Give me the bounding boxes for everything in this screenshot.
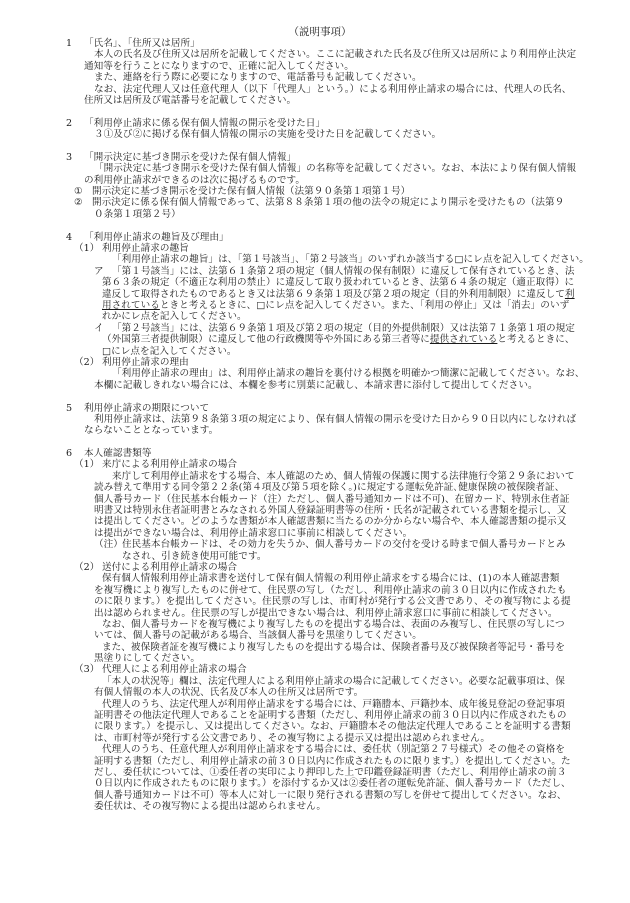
paragraph-line: ３①及び②に掲げる保有個人情報の開示の実施を受けた日を記載してください。 (62, 129, 592, 140)
paragraph-line: を複写機により複写したものに併せて、住民票の写し（ただし、利用停止請求の前３０日… (62, 585, 592, 596)
paragraph-line: のに限ります。）を提出してください。住民票の写しは、市町村が発行する公文書であり… (62, 596, 592, 607)
item-mark: ② (74, 197, 92, 208)
section-heading-text: 「利用停止請求に係る保有個人情報の開示を受けた日」 (84, 118, 325, 129)
subsection-heading: （1）来庁による利用停止請求の場合 (62, 459, 592, 470)
paragraph-line: また、被保険者証を複写機により複写したものを提出する場合は、保険者番号及び被保険… (62, 642, 592, 653)
subsection-mark: （1） (74, 243, 102, 254)
item-text: 「第１号該当」には、法第６１条第２項の規定（個人情報の保有制限）に違反して保有さ… (112, 266, 575, 277)
item-mark: ① (74, 186, 92, 197)
subsection-heading-text: 利用停止請求の理由 (102, 357, 189, 368)
section-heading-text: 本人確認書類等 (84, 448, 152, 459)
subsection-heading-text: 利用停止請求の趣旨 (102, 243, 189, 254)
paragraph-line: なお、個人番号カードを複写機により複写したものを提出する場合は、表面のみ複写し、… (62, 619, 592, 630)
paragraph-line: の利用停止請求ができるのは次に掲げるものです。 (62, 175, 592, 186)
paragraph-line: なお、法定代理人又は任意代理人（以下「代理人」という。）による利用停止請求の場合… (62, 84, 592, 95)
item-continuation: れかにレ点を記入してください。 (62, 311, 592, 322)
section-5: 5利用停止請求の期限について 利用停止請求は、法第９８条第３項の規定により、保有… (62, 403, 592, 437)
section-number: 1 (66, 38, 84, 49)
paragraph-line: 代理人のうち、任意代理人が利用停止請求をする場合には、委任状（別記第２７号様式）… (62, 744, 592, 755)
paragraph-line: 保有個人情報利用停止請求書を送付して保有個人情報の利用停止請求をする場合には、(… (62, 573, 592, 584)
subsection-heading: （1）利用停止請求の趣旨 (62, 243, 592, 254)
section-number: 5 (66, 403, 84, 414)
section-6: 6本人確認書類等 （1）来庁による利用停止請求の場合 来庁して利用停止請求をする… (62, 448, 592, 813)
underlined-text: 用されている (102, 300, 160, 311)
section-heading: 2「利用停止請求に係る保有個人情報の開示を受けた日」 (62, 118, 592, 129)
subsection-mark: （2） (74, 562, 102, 573)
paragraph-line: は提出ができない場合は、利用停止請求窓口に事前に相談してください。 (62, 528, 592, 539)
paragraph-line: 明書又は特別永住者証明書とみなされる外国人登録証明書等の住所・氏名が記載されてい… (62, 505, 592, 516)
note-mark: （注） (94, 539, 122, 550)
paragraph-line: 利用停止請求は、法第９８条第３項の規定により、保有個人情報の開示を受けた日から９… (62, 414, 592, 425)
section-4: 4「利用停止請求の趣旨及び理由」 （1）利用停止請求の趣旨 「利用停止請求の趣旨… (62, 232, 592, 391)
subsection-heading: （2）送付による利用停止請求の場合 (62, 562, 592, 573)
note: （注）住民基本台帳カードは、その効力を失うか、個人番号カードの交付を受ける時まで… (62, 539, 592, 550)
document-body: 1「氏名」、「住所又は居所」 本人の氏名及び住所又は居所を記載してください。ここ… (62, 38, 592, 813)
section-number: 6 (66, 448, 84, 459)
paragraph-line: 本人の氏名及び住所又は居所を記載してください。ここに記載された氏名及び住所又は居… (62, 49, 592, 60)
subsection-mark: （3） (74, 664, 102, 675)
paragraph-line: は提出してください。どのような書類が本人確認書類に当たるのか分からない場合や、本… (62, 516, 592, 527)
paragraph-line: 「利用停止請求の理由」は、利用停止請求の趣旨を裏付ける根拠を明確かつ簡潔に記載し… (62, 368, 592, 379)
paragraph-line: 黒塗りにしてください。 (62, 653, 592, 664)
section-number: 4 (66, 232, 84, 243)
section-heading: 5利用停止請求の期限について (62, 403, 592, 414)
list-item-i: イ「第２号該当」には、法第６９条第１項及び第２項の規定（目的外提供制限）又は法第… (62, 323, 592, 334)
paragraph-line: いては、個人番号の記載がある場合、当該個人番号を黒塗りしてください。 (62, 630, 592, 641)
explanation-page: （説明事項） 1「氏名」、「住所又は居所」 本人の氏名及び住所又は居所を記載して… (0, 0, 630, 903)
subsection-heading-text: 送付による利用停止請求の場合 (102, 562, 237, 573)
paragraph-line: 通知等を行うことになりますので、正確に記入してください。 (62, 61, 592, 72)
section-heading: 1「氏名」、「住所又は居所」 (62, 38, 592, 49)
paragraph-line: 来庁して利用停止請求をする場合、本人確認のため、個人情報の保護に関する法律施行令… (62, 471, 592, 482)
paragraph-line: また、連絡を行う際に必要になりますので、電話番号も記載してください。 (62, 72, 592, 83)
document-title: （説明事項） (0, 25, 630, 39)
section-heading-text: 利用停止請求の期限について (84, 403, 209, 414)
paragraph-line: 読み替えて準用する同令第２２条(第４項及び第５項を除く。)に規定する運転免許証､… (62, 482, 592, 493)
list-item: ①開示決定に基づき開示を受けた保有個人情報（法第９０条第１項第１号） (62, 186, 592, 197)
list-item-a: ア「第１号該当」には、法第６１条第２項の規定（個人情報の保有制限）に違反して保有… (62, 266, 592, 277)
section-number: 2 (66, 118, 84, 129)
subsection-mark: （2） (74, 357, 102, 368)
section-2: 2「利用停止請求に係る保有個人情報の開示を受けた日」 ３①及び②に掲げる保有個人… (62, 118, 592, 141)
paragraph-line: 委任状は、その複写物による提出は認められません。 (62, 801, 592, 812)
paragraph-line: ０日以内に作成されたものに限ります。）を添付するか又は②委任者の運転免許証、個人… (62, 778, 592, 789)
paragraph-line: 本欄に記載しきれない場合には、本欄を参考に別葉に記載し、本請求書に添付して提出し… (62, 380, 592, 391)
section-number: 3 (66, 152, 84, 163)
paragraph-line: 個人番号カード（住民基本台帳カード（注）ただし、個人番号通知カードは不可)、在留… (62, 494, 592, 505)
paragraph-line: だし、委任状については、①委任者の実印により押印した上で印鑑登録証明書（ただし、… (62, 767, 592, 778)
item-continuation: ０条第１項第２号） (62, 209, 592, 220)
section-heading: 3「開示決定に基づき開示を受けた保有個人情報」 (62, 152, 592, 163)
paragraph-line: 「開示決定に基づき開示を受けた保有個人情報」の名称等を記載してください。なお、本… (62, 163, 592, 174)
section-heading-text: 「氏名」、「住所又は居所」 (84, 38, 200, 49)
item-continuation: （外国第三者提供制限）に違反して他の行政機関等や外国にある第三者等に提供されてい… (62, 334, 592, 345)
paragraph-line: 証明する書類（ただし、利用停止請求の前３０日以内に作成されたものに限ります。）を… (62, 756, 592, 767)
section-heading-text: 「開示決定に基づき開示を受けた保有個人情報」 (84, 152, 296, 163)
paragraph-line: 住所又は居所及び電話番号を記載してください。 (62, 95, 592, 106)
paragraph-line: 「利用停止請求の趣旨」は、「第１号該当」、「第２号該当」のいずれか該当する□にレ… (62, 254, 592, 265)
section-heading-text: 「利用停止請求の趣旨及び理由」 (84, 232, 229, 243)
subsection-heading-text: 来庁による利用停止請求の場合 (102, 459, 237, 470)
paragraph-line: 証明書その他法定代理人であることを証明する書類（ただし、利用停止請求の前３０日以… (62, 710, 592, 721)
item-text: と考えるときに、 (497, 334, 574, 345)
item-mark: ア (94, 266, 112, 277)
section-3: 3「開示決定に基づき開示を受けた保有個人情報」 「開示決定に基づき開示を受けた保… (62, 152, 592, 220)
subsection-mark: （1） (74, 459, 102, 470)
subsection-heading: （2）利用停止請求の理由 (62, 357, 592, 368)
subsection-heading: （3）代理人による利用停止請求の場合 (62, 664, 592, 675)
underlined-text: 提供されている (430, 334, 498, 345)
paragraph-line: 「本人の状況等」欄は、法定代理人による利用停止請求の場合に記載してください。必要… (62, 676, 592, 687)
item-text: 違反して取得されたものであるとき又は法第６９条第１項及び第２項の規定（目的外利用… (102, 289, 565, 300)
note-continuation: なされ、引き続き使用可能です。 (62, 551, 592, 562)
subsection-heading-text: 代理人による利用停止請求の場合 (102, 664, 247, 675)
paragraph-line: ならないこととなっています。 (62, 425, 592, 436)
item-text: 「第２号該当」には、法第６９条第１項及び第２項の規定（目的外提供制限）又は法第７… (112, 323, 575, 334)
item-text: （外国第三者提供制限）に違反して他の行政機関等や外国にある第三者等に (102, 334, 430, 345)
item-continuation: 用されているときと考えるときに、□にレ点を記入してください。また、「利用の停止」… (62, 300, 592, 311)
item-text: ときと考えるときに、□にレ点を記入してください。また、「利用の停止」又は「消去」… (160, 300, 569, 311)
item-text: 開示決定に基づき開示を受けた保有個人情報（法第９０条第１項第１号） (92, 186, 410, 197)
section-heading: 4「利用停止請求の趣旨及び理由」 (62, 232, 592, 243)
paragraph-line: 代理人のうち、法定代理人が利用停止請求をする場合には、戸籍謄本、戸籍抄本、成年後… (62, 699, 592, 710)
paragraph-line: は、市町村等が発行する公文書であり、その複写物による提示又は提出は認められません… (62, 733, 592, 744)
item-continuation: 違反して取得されたものであるとき又は法第６９条第１項及び第２項の規定（目的外利用… (62, 289, 592, 300)
note-text: 住民基本台帳カードは、その効力を失うか、個人番号カードの交付を受ける時まで個人番… (122, 539, 566, 550)
section-1: 1「氏名」、「住所又は居所」 本人の氏名及び住所又は居所を記載してください。ここ… (62, 38, 592, 106)
paragraph-line: 有個人情報の本人の状況、氏名及び本人の住所又は居所です。 (62, 687, 592, 698)
paragraph-line: 出は認められません。住民票の写しが提出できない場合は、利用停止請求窓口に事前に相… (62, 608, 592, 619)
paragraph-line: 個人番号通知カードは不可）等本人に対し一に限り発行される書類の写しを併せて提出し… (62, 790, 592, 801)
item-continuation: 第６３条の規定（不適正な利用の禁止）に違反して取り扱われているとき、法第６４条の… (62, 277, 592, 288)
list-item: ②開示決定に係る保有個人情報であって、法第８８条第１項の他の法令の規定により開示… (62, 197, 592, 208)
paragraph-line: に限ります。）を提示し、又は提出してください。なお、戸籍謄本その他法定代理人であ… (62, 721, 592, 732)
item-mark: イ (94, 323, 112, 334)
item-continuation: □にレ点を記入してください。 (62, 346, 592, 357)
item-text: 開示決定に係る保有個人情報であって、法第８８条第１項の他の法令の規定により開示を… (92, 197, 564, 208)
section-heading: 6本人確認書類等 (62, 448, 592, 459)
underlined-text: 利 (565, 289, 575, 300)
